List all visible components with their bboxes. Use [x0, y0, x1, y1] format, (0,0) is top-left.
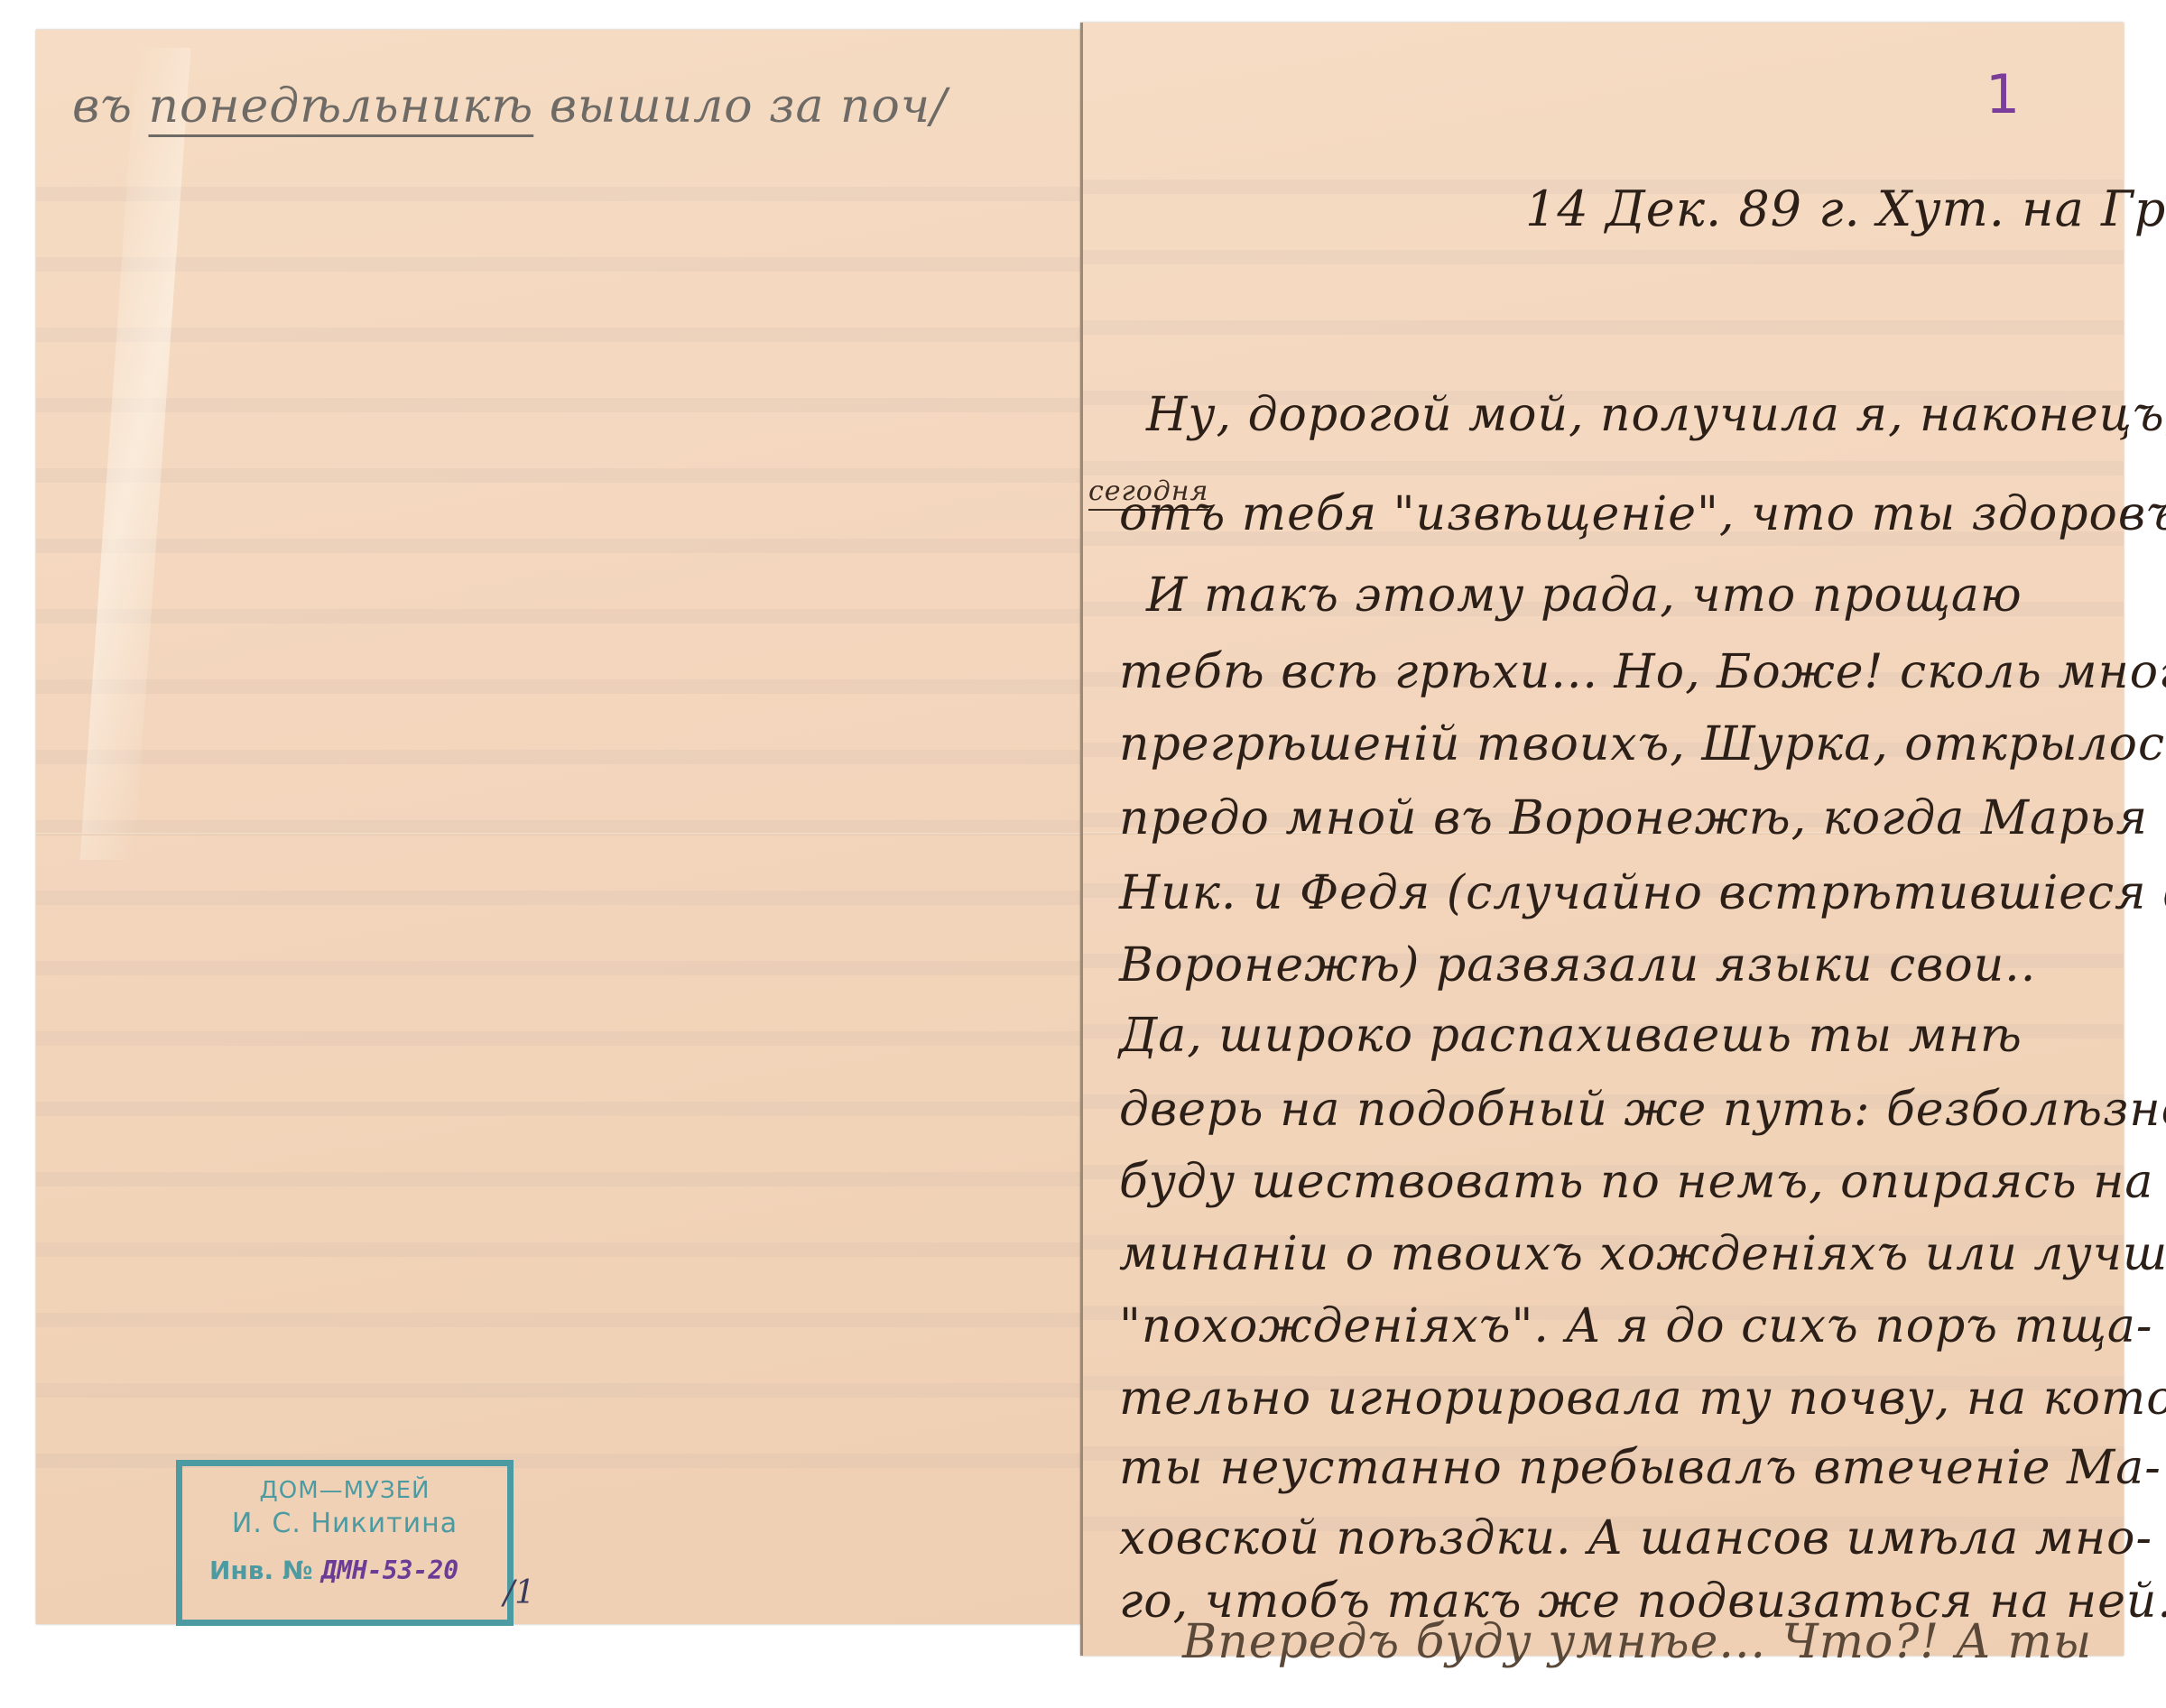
letter-line: ты неустанно пребывалъ втеченіе Ма- — [1119, 1441, 2161, 1495]
left-page: въ понедѣльникѣ вышило за поч/ ДОМ—МУЗЕЙ… — [36, 30, 1080, 1624]
pencil-note-prefix: въ — [72, 79, 133, 134]
letter-line: отъ тебя "извѣщеніе", что ты здоровъ. — [1119, 487, 2166, 541]
bleed-through-text — [36, 147, 1080, 1516]
letter-line: дверь на подобный же путь: безболѣзненно — [1119, 1083, 2166, 1137]
museum-stamp: ДОМ—МУЗЕЙ И. С. Никитина Инв. № ДМН-53-2… — [176, 1460, 514, 1626]
stamp-inv-label: Инв. № — [209, 1556, 313, 1585]
stamp-line-1: ДОМ—МУЗЕЙ — [182, 1477, 507, 1504]
letter-line: И такъ этому рада, что прощаю — [1146, 568, 2023, 623]
horizontal-fold — [36, 833, 1080, 836]
letter-line: минаніи о твоихъ хожденіяхъ или лучше — [1119, 1227, 2166, 1281]
pencil-note: въ понедѣльникѣ вышило за поч/ — [72, 79, 948, 134]
letter-line: ховской поѣздки. А шансов имѣла мно- — [1119, 1511, 2152, 1565]
stamp-inventory: Инв. № ДМН-53-20 — [182, 1556, 507, 1585]
letter-line: Да, широко распахиваешь ты мнѣ — [1119, 1009, 2023, 1063]
letter-line: предо мной въ Воронежѣ, когда Марья — [1119, 791, 2148, 845]
page-number: 1 — [1985, 63, 2020, 126]
right-page: 1 14 Дек. 89 г. Хут. на Грязнухѣ. сегодн… — [1080, 23, 2124, 1656]
letter-line: тебѣ всѣ грѣхи... Но, Боже! сколь много — [1119, 645, 2166, 699]
pencil-note-rest: вышило за поч/ — [550, 79, 948, 134]
letter-line: тельно игнорировала ту почву, на которой — [1119, 1371, 2166, 1426]
letter-line: Ник. и Федя (случайно встрѣтившіеся въ — [1119, 866, 2166, 920]
stamp-suffix: /1 — [504, 1574, 535, 1611]
pencil-note-underlined: понедѣльникѣ — [148, 79, 533, 134]
letter-line: Впередъ буду умнѣе... Что?! А ты — [1182, 1615, 2092, 1669]
letter-line: прегрѣшеній твоихъ, Шурка, открылось — [1119, 717, 2166, 771]
date-line: 14 Дек. 89 г. Хут. на Грязнухѣ. — [1525, 180, 2166, 237]
stamp-line-2: И. С. Никитина — [182, 1508, 507, 1539]
letter-line: буду шествовать по немъ, опираясь на вос… — [1119, 1155, 2166, 1209]
stamp-inv-value: ДМН-53-20 — [321, 1556, 458, 1585]
letter-line: "похожденіяхъ". А я до сихъ поръ тща- — [1119, 1299, 2152, 1353]
letter-line: Ну, дорогой мой, получила я, наконецъ, — [1146, 388, 2166, 442]
letter-line: Воронежѣ) развязали языки свои.. — [1119, 938, 2036, 992]
